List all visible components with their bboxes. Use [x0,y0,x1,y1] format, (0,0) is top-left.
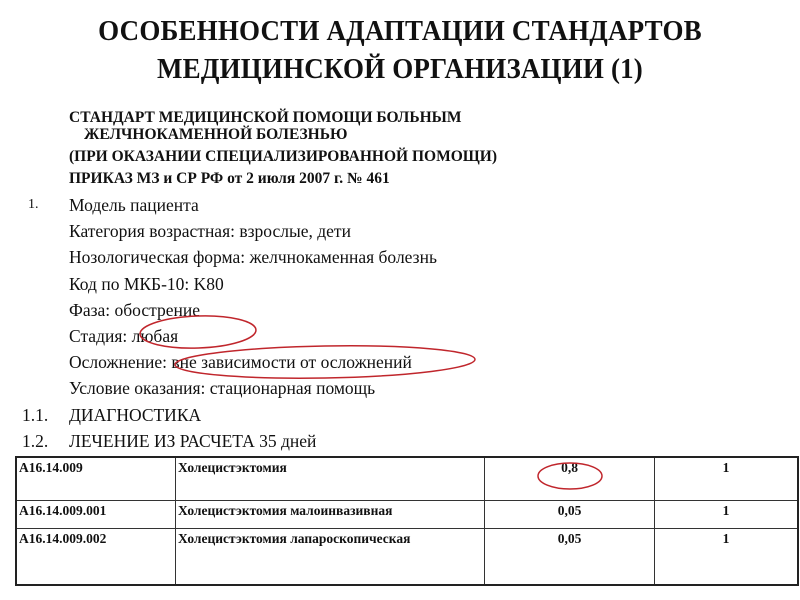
standard-line-3: (ПРИ ОКАЗАНИИ СПЕЦИАЛИЗИРОВАННОЙ ПОМОЩИ) [69,148,497,165]
cell-count: 1 [655,501,799,529]
cell-name: Холецистэктомия [176,457,485,501]
section-label: ДИАГНОСТИКА [69,402,201,428]
cell-name: Холецистэктомия лапароскопическая [176,529,485,586]
list-number: 1. [28,192,39,218]
standard-block: СТАНДАРТ МЕДИЦИНСКОЙ ПОМОЩИ БОЛЬНЫМ ЖЕЛЧ… [69,109,497,187]
list-item-text: Категория возрастная: взрослые, дети [69,218,351,244]
cell-name: Холецистэктомия малоинвазивная [176,501,485,529]
list-item-text: Модель пациента [69,192,199,218]
list-item-text: Условие оказания: стационарная помощь [69,375,375,401]
procedures-table: A16.14.009 Холецистэктомия 0,8 1 A16.14.… [15,456,799,586]
title-line-1: ОСОБЕННОСТИ АДАПТАЦИИ СТАНДАРТОВ [28,12,772,50]
cell-count: 1 [655,457,799,501]
standard-line-2: ЖЕЛЧНОКАМЕННОЙ БОЛЕЗНЬЮ [69,126,497,143]
section-number: 1.2. [22,428,48,454]
standard-line-1: СТАНДАРТ МЕДИЦИНСКОЙ ПОМОЩИ БОЛЬНЫМ [69,109,497,126]
table-row: A16.14.009 Холецистэктомия 0,8 1 [16,457,798,501]
title-line-2: МЕДИЦИНСКОЙ ОРГАНИЗАЦИИ (1) [28,50,772,88]
cell-frequency: 0,05 [485,501,655,529]
cell-code: A16.14.009.001 [16,501,176,529]
section-label: ЛЕЧЕНИЕ ИЗ РАСЧЕТА 35 дней [69,428,316,454]
list-item-text: Код по МКБ-10: K80 [69,271,224,297]
table-row: A16.14.009.001 Холецистэктомия малоинваз… [16,501,798,529]
list-item-text: Стадия: любая [69,323,178,349]
slide-title: ОСОБЕННОСТИ АДАПТАЦИИ СТАНДАРТОВ МЕДИЦИН… [28,12,772,88]
table-row: A16.14.009.002 Холецистэктомия лапароско… [16,529,798,586]
list-item-text: Фаза: обострение [69,297,200,323]
list-item-text: Нозологическая форма: желчнокаменная бол… [69,244,437,270]
cell-frequency: 0,05 [485,529,655,586]
standard-line-4: ПРИКАЗ МЗ и СР РФ от 2 июля 2007 г. № 46… [69,170,497,187]
cell-frequency: 0,8 [485,457,655,501]
cell-count: 1 [655,529,799,586]
cell-code: A16.14.009 [16,457,176,501]
cell-code: A16.14.009.002 [16,529,176,586]
section-number: 1.1. [22,402,48,428]
list-item-text: Осложнение: вне зависимости от осложнени… [69,349,412,375]
